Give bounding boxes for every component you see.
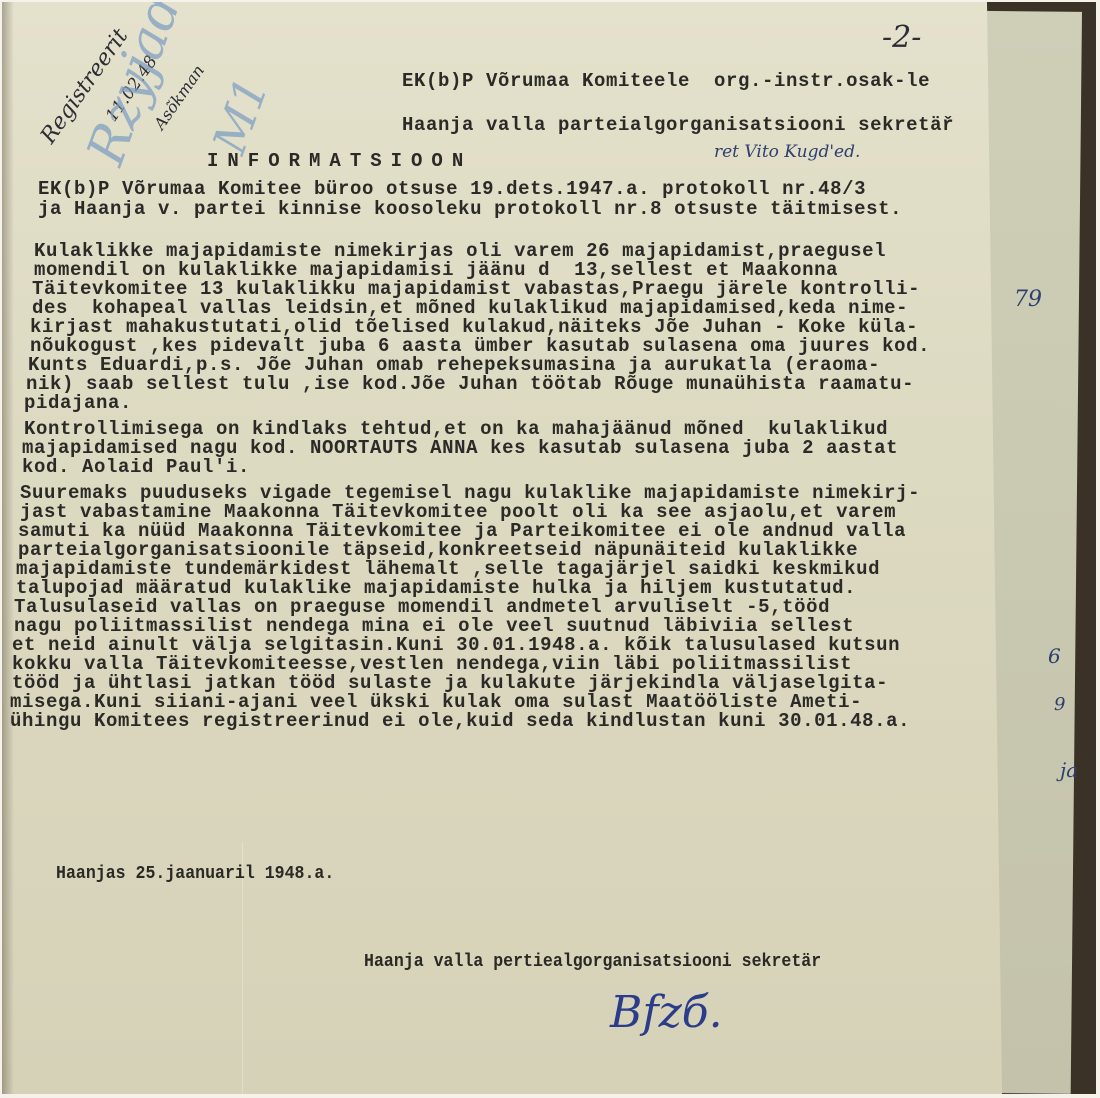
margin-mark: ja bbox=[1060, 758, 1078, 782]
signature-title: Haanja valla pertiealgorganisatsiooni se… bbox=[364, 952, 821, 972]
handwritten-header-note: ret Vito Kugd'ed. bbox=[714, 142, 860, 162]
body-line: kod. Aolaid Paul'i. bbox=[22, 458, 250, 477]
margin-mark: 6 bbox=[1048, 644, 1061, 668]
document-photo-frame: -2- Registreerit 11.02.48 Asõkman Rzyjad… bbox=[2, 2, 1096, 1094]
place-date: Haanjas 25.jaanuaril 1948.a. bbox=[56, 864, 334, 884]
addressee-line-1: EK(b)P Võrumaa Komiteele org.-instr.osak… bbox=[402, 72, 930, 91]
body-line: pidajana. bbox=[24, 394, 132, 413]
page-number: -2- bbox=[882, 20, 921, 55]
margin-mark: 9 bbox=[1054, 694, 1065, 715]
body-line: ühingu Komitees registreerinud ei ole,ku… bbox=[10, 712, 910, 731]
subject-line: EK(b)P Võrumaa Komitee büroo otsuse 19.d… bbox=[38, 180, 866, 199]
document-page: -2- Registreerit 11.02.48 Asõkman Rzyjad… bbox=[2, 2, 1002, 1094]
document-title: INFORMATSIOON bbox=[207, 152, 472, 171]
body-line: nik) saab sellest tulu ,ise kod.Jõe Juha… bbox=[26, 375, 914, 394]
signature: Bfzб. bbox=[610, 987, 723, 1038]
addressee-line-2: Haanja valla parteialgorganisatsiooni se… bbox=[402, 116, 954, 135]
subject-line: ja Haanja v. partei kinnise koosoleku pr… bbox=[38, 200, 902, 219]
margin-mark: 79 bbox=[1014, 287, 1042, 312]
blue-pencil-initials: M1 bbox=[202, 70, 279, 160]
